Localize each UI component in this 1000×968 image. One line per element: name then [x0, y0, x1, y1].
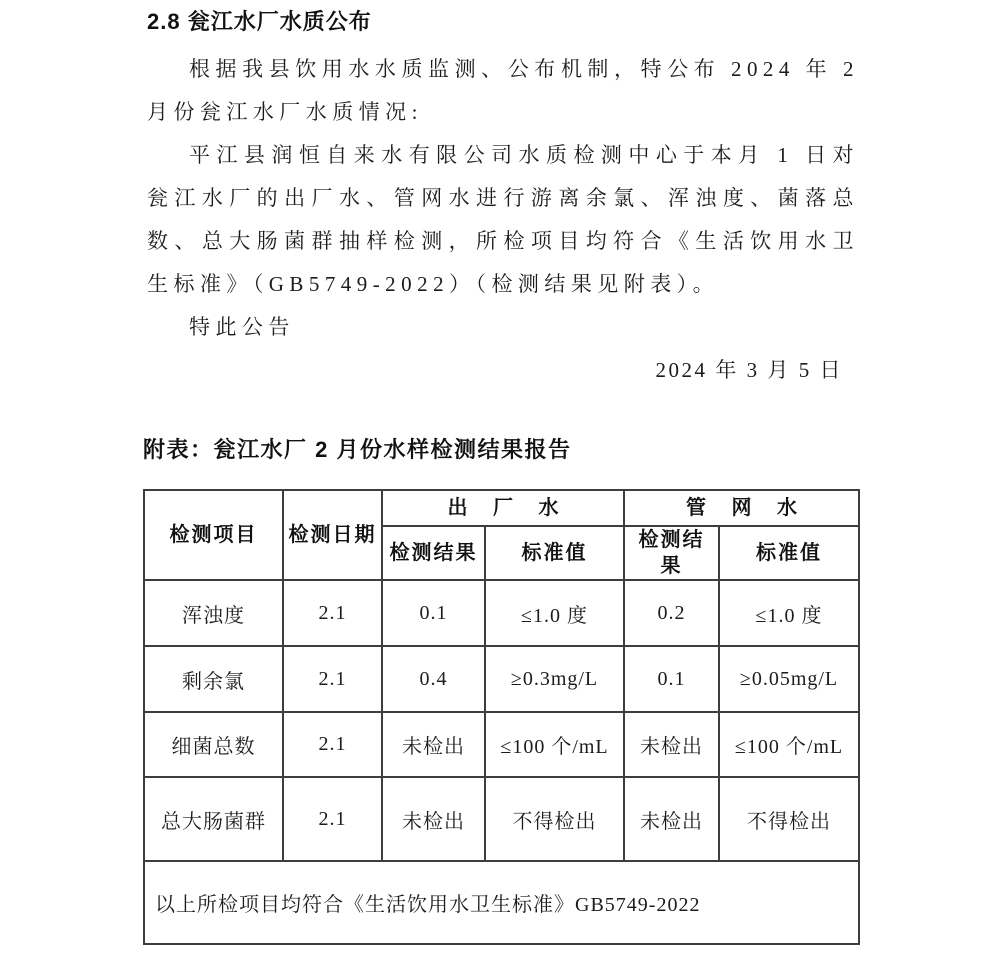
cell-pipe-result: 0.2 [624, 580, 719, 646]
notice-line: 特此公告 [147, 306, 859, 349]
document-page: { "colors": { "background": "#ffffff", "… [0, 0, 1000, 968]
cell-pipe-result: 未检出 [624, 777, 719, 861]
cell-date: 2.1 [283, 646, 382, 712]
cell-factory-standard: ≤1.0 度 [485, 580, 624, 646]
table-footer-note: 以上所检项目均符合《生活饮用水卫生标准》GB5749-2022 [144, 861, 859, 944]
table-footer-row: 以上所检项目均符合《生活饮用水卫生标准》GB5749-2022 [144, 861, 859, 944]
cell-date: 2.1 [283, 580, 382, 646]
cell-factory-result: 未检出 [382, 777, 485, 861]
col-header-pipe-standard: 标准值 [719, 526, 859, 580]
table-title: 附表：瓮江水厂 2 月份水样检测结果报告 [143, 436, 859, 464]
table-row-turbidity: 浑浊度 2.1 0.1 ≤1.0 度 0.2 ≤1.0 度 [144, 580, 859, 646]
cell-pipe-standard: 不得检出 [719, 777, 859, 861]
col-header-factory-standard: 标准值 [485, 526, 624, 580]
paragraph-detail: 平江县润恒自来水有限公司水质检测中心于本月 1 日对瓮江水厂的出厂水、管网水进行… [147, 134, 859, 306]
cell-pipe-standard: ≤100 个/mL [719, 712, 859, 777]
table-row-total-coliform: 总大肠菌群 2.1 未检出 不得检出 未检出 不得检出 [144, 777, 859, 861]
cell-date: 2.1 [283, 712, 382, 777]
col-group-pipe-water: 管 网 水 [624, 490, 859, 526]
paragraph-intro: 根据我县饮用水水质监测、公布机制，特公布 2024 年 2 月份瓮江水厂水质情况… [147, 48, 859, 134]
cell-pipe-standard: ≤1.0 度 [719, 580, 859, 646]
cell-factory-standard: 不得检出 [485, 777, 624, 861]
cell-pipe-result: 0.1 [624, 646, 719, 712]
col-group-factory-water: 出 厂 水 [382, 490, 624, 526]
cell-item: 总大肠菌群 [144, 777, 283, 861]
col-header-item: 检测项目 [144, 490, 283, 580]
cell-item: 剩余氯 [144, 646, 283, 712]
cell-factory-result: 0.1 [382, 580, 485, 646]
water-quality-table: 检测项目 检测日期 出 厂 水 管 网 水 检测结果 标准值 检测结果 标准值 … [143, 489, 860, 945]
cell-pipe-standard: ≥0.05mg/L [719, 646, 859, 712]
cell-date: 2.1 [283, 777, 382, 861]
cell-item: 细菌总数 [144, 712, 283, 777]
cell-pipe-result: 未检出 [624, 712, 719, 777]
date-line: 2024 年 3 月 5 日 [147, 349, 859, 392]
col-header-pipe-result: 检测结果 [624, 526, 719, 580]
section-heading: 2.8 瓮江水厂水质公布 [147, 0, 859, 35]
cell-factory-result: 0.4 [382, 646, 485, 712]
col-header-factory-result: 检测结果 [382, 526, 485, 580]
table-row-bacteria-count: 细菌总数 2.1 未检出 ≤100 个/mL 未检出 ≤100 个/mL [144, 712, 859, 777]
table-header-row-groups: 检测项目 检测日期 出 厂 水 管 网 水 [144, 490, 859, 526]
table-row-residual-chlorine: 剩余氯 2.1 0.4 ≥0.3mg/L 0.1 ≥0.05mg/L [144, 646, 859, 712]
col-header-date: 检测日期 [283, 490, 382, 580]
document-content: 2.8 瓮江水厂水质公布 根据我县饮用水水质监测、公布机制，特公布 2024 年… [147, 0, 859, 945]
cell-factory-result: 未检出 [382, 712, 485, 777]
cell-factory-standard: ≥0.3mg/L [485, 646, 624, 712]
cell-item: 浑浊度 [144, 580, 283, 646]
cell-factory-standard: ≤100 个/mL [485, 712, 624, 777]
